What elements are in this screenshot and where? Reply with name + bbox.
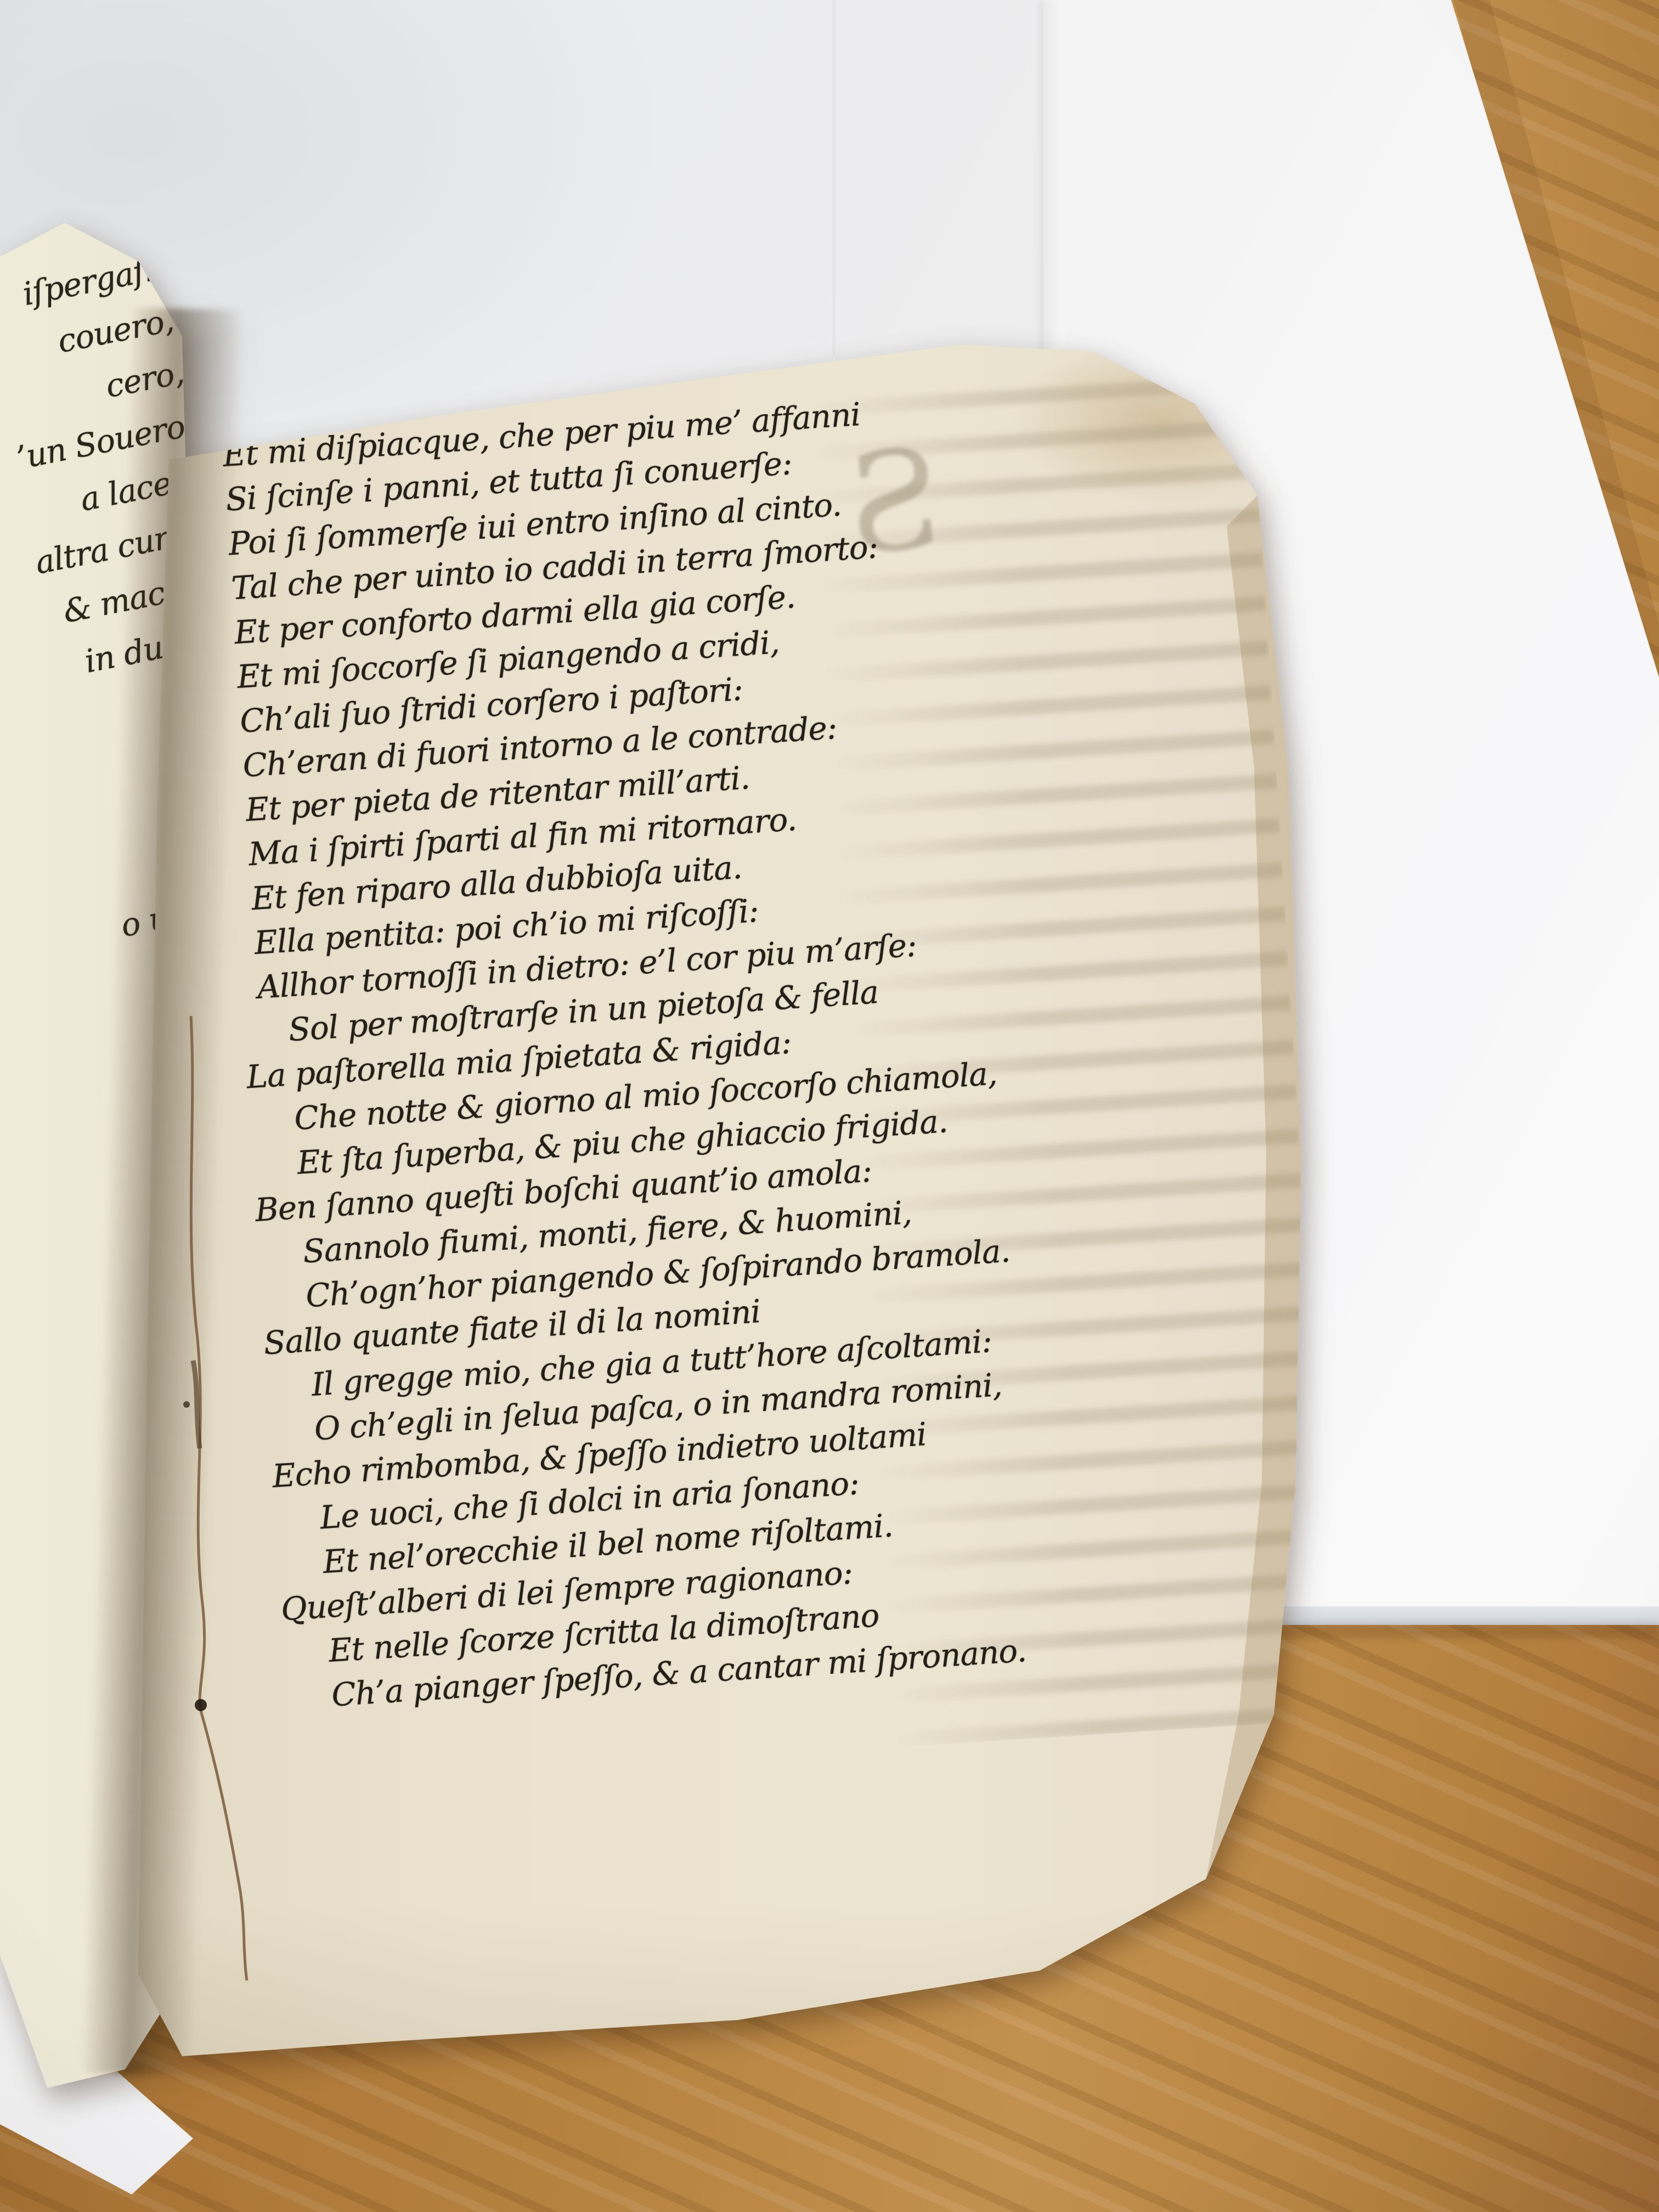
photo-scene: iſpergaſi.couero,cero,’un Souero.a lacer…: [0, 0, 1659, 2212]
open-book: iſpergaſi.couero,cero,’un Souero.a lacer…: [0, 0, 1659, 2212]
gutter-crack: [0, 0, 1659, 2212]
